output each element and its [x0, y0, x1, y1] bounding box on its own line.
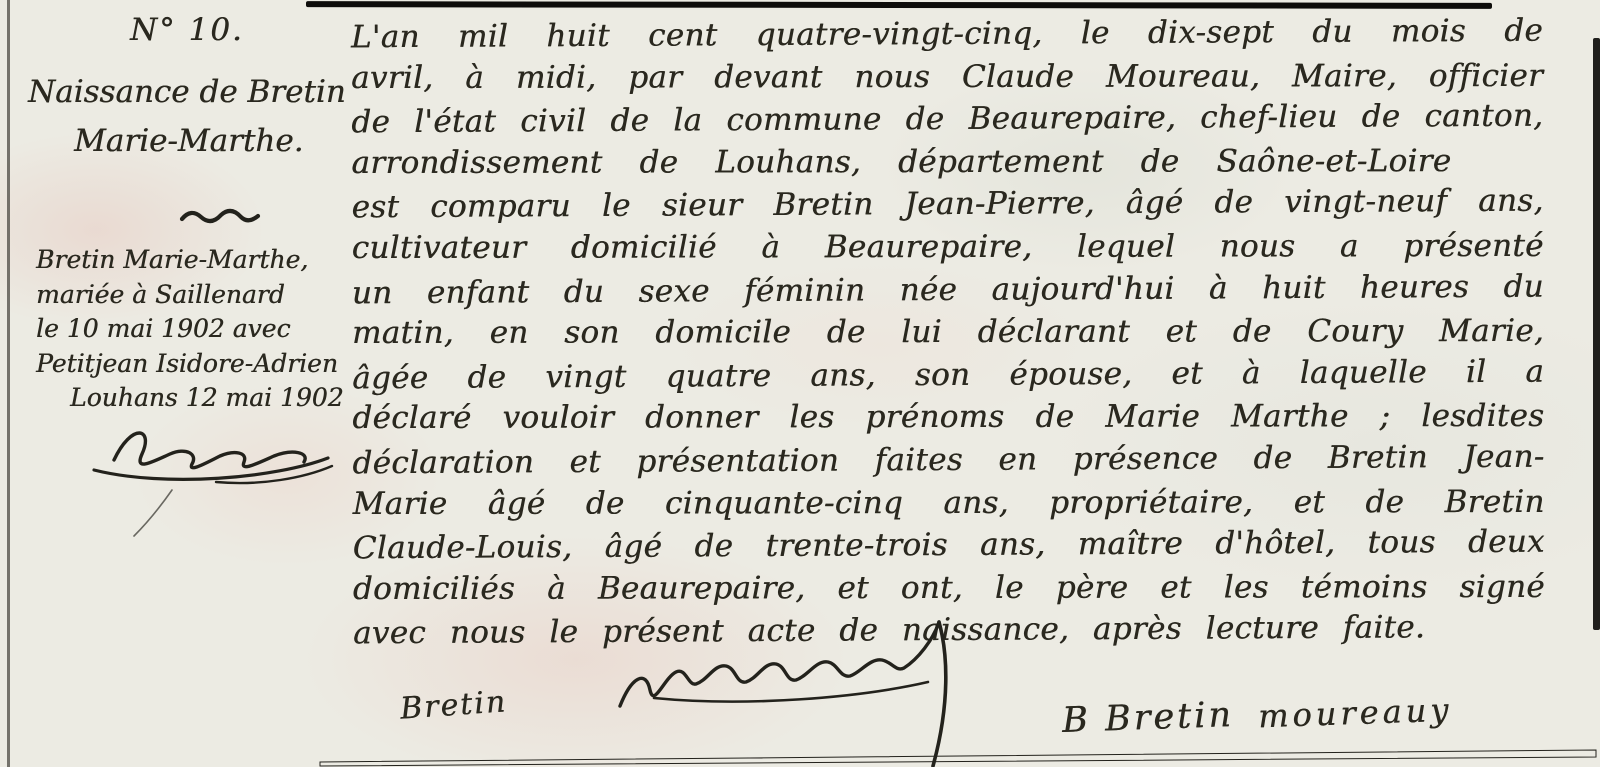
- margin-title: Naissance de Bretin Marie-Marthe.: [28, 68, 348, 166]
- act-text-line-2: avril, à midi, par devant nous Claude Mo…: [351, 55, 1543, 100]
- act-text-line-8: matin, en son domicile de lui déclarant …: [352, 310, 1544, 355]
- act-text-line-3: de l'état civil de la commune de Beaurep…: [351, 95, 1543, 144]
- scan-left-edge-line: [7, 0, 10, 767]
- margin-title-line-2: Marie-Marthe.: [28, 117, 348, 166]
- act-text-line-14: domiciliés à Beaurepaire, et ont, le pèr…: [353, 566, 1545, 611]
- margin-signature-paraphe: [76, 404, 346, 539]
- act-text-line-1: L'an mil huit cent quatre-vingt-cinq, le…: [351, 10, 1543, 59]
- signature-moureau-mayor: moureauy: [1257, 691, 1452, 736]
- margin-note-line-1: Bretin Marie-Marthe,: [36, 243, 366, 278]
- margin-title-line-1: Naissance de Bretin: [28, 68, 348, 117]
- act-text-line-9: âgée de vingt quatre ans, son épouse, et…: [352, 350, 1544, 399]
- margin-divider-squiggle: [178, 206, 262, 228]
- act-text-line-4: arrondissement de Louhans, département d…: [351, 140, 1543, 185]
- act-number: N° 10.: [130, 12, 244, 48]
- margin-note-line-3: le 10 mai 1902 avec: [36, 312, 366, 347]
- scan-top-border: [306, 1, 1492, 9]
- act-body-text: L'an mil huit cent quatre-vingt-cinq, le…: [351, 11, 1545, 654]
- marriage-margin-note: Bretin Marie-Marthe, mariée à Saillenard…: [36, 243, 366, 416]
- signature-b-bretin-witness: B Bretin: [1061, 695, 1234, 741]
- signature-bretin-father: Bretin: [399, 684, 508, 726]
- margin-note-line-4: Petitjean Isidore-Adrien: [36, 347, 366, 382]
- scan-right-border: [1593, 38, 1600, 630]
- act-text-line-6: cultivateur domicilié à Beaurepaire, leq…: [352, 225, 1544, 270]
- scanned-birth-record: N° 10. Naissance de Bretin Marie-Marthe.…: [0, 0, 1600, 767]
- margin-note-line-2: mariée à Saillenard: [36, 278, 366, 313]
- margin-column: N° 10. Naissance de Bretin Marie-Marthe.…: [28, 0, 348, 767]
- act-text-line-13: Claude-Louis, âgé de trente-trois ans, m…: [353, 521, 1545, 570]
- act-text-line-7: un enfant du sexe féminin née aujourd'hu…: [352, 265, 1544, 314]
- act-text-line-10: déclaré vouloir donner les prénoms de Ma…: [352, 395, 1544, 440]
- act-text-line-5: est comparu le sieur Bretin Jean-Pierre,…: [351, 180, 1543, 229]
- signature-paraphe-flourish: [596, 612, 1028, 767]
- act-text-line-11: déclaration et présentation faites en pr…: [352, 436, 1544, 485]
- act-text-line-12: Marie âgé de cinquante-cinq ans, proprié…: [353, 480, 1545, 525]
